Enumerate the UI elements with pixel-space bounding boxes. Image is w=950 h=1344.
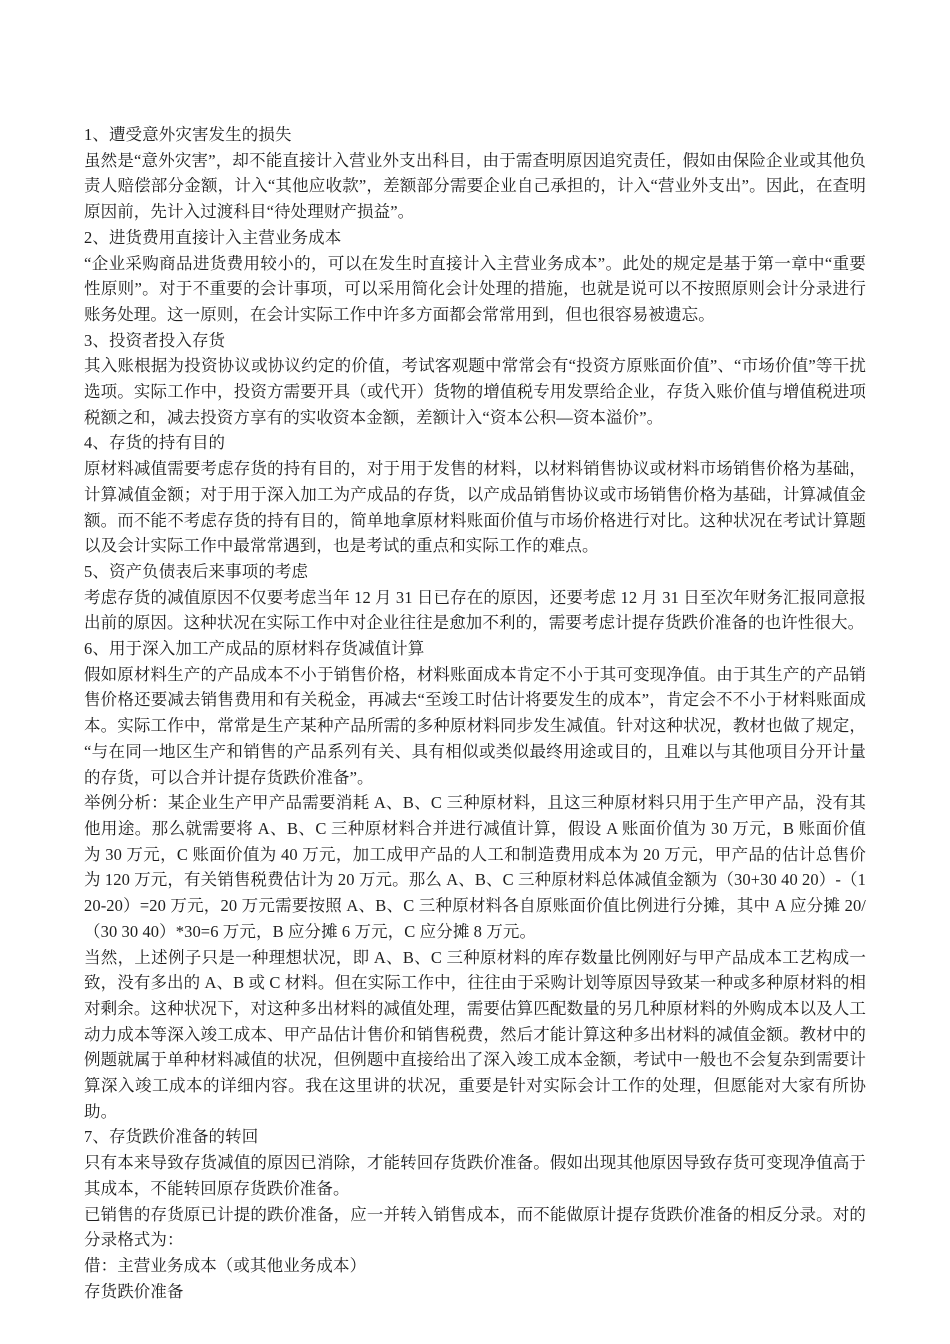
document-page: 1、遭受意外灾害发生的损失虽然是“意外灾害”，却不能直接计入营业外支出科目，由于… <box>0 0 950 1344</box>
paragraph: “企业采购商品进货费用较小的，可以在发生时直接计入主营业务成本”。此处的规定是基… <box>84 251 866 328</box>
paragraph: 原材料减值需要考虑存货的持有目的，对于用于发售的材料，以材料销售协议或材料市场销… <box>84 456 866 559</box>
section-heading: 3、投资者投入存货 <box>84 328 866 354</box>
section-heading: 4、存货的持有目的 <box>84 430 866 456</box>
paragraph: 其入账根据为投资协议或协议约定的价值，考试客观题中常常会有“投资方原账面价值”、… <box>84 353 866 430</box>
paragraph: 存货跌价准备 <box>84 1279 866 1305</box>
paragraph: 虽然是“意外灾害”，却不能直接计入营业外支出科目，由于需查明原因追究责任，假如由… <box>84 148 866 225</box>
paragraph: 借：主营业务成本（或其他业务成本） <box>84 1253 866 1279</box>
section-heading: 2、进货费用直接计入主营业务成本 <box>84 225 866 251</box>
paragraph: 只有本来导致存货减值的原因已消除，才能转回存货跌价准备。假如出现其他原因导致存货… <box>84 1150 866 1201</box>
section-heading: 7、存货跌价准备的转回 <box>84 1124 866 1150</box>
paragraph: 举例分析：某企业生产甲产品需要消耗 A、B、C 三种原材料，且这三种原材料只用于… <box>84 790 866 944</box>
section-heading: 6、用于深入加工产成品的原材料存货减值计算 <box>84 636 866 662</box>
paragraph: 考虑存货的减值原因不仅要考虑当年 12 月 31 日已存在的原因，还要考虑 12… <box>84 585 866 636</box>
paragraph: 当然，上述例子只是一种理想状况，即 A、B、C 三种原材料的库存数量比例刚好与甲… <box>84 945 866 1125</box>
paragraph: 已销售的存货原已计提的跌价准备，应一并转入销售成本，而不能做原计提存货跌价准备的… <box>84 1202 866 1253</box>
section-heading: 1、遭受意外灾害发生的损失 <box>84 122 866 148</box>
section-heading: 5、资产负债表后来事项的考虑 <box>84 559 866 585</box>
paragraph: 假如原材料生产的产品成本不小于销售价格，材料账面成本肯定不小于其可变现净值。由于… <box>84 662 866 791</box>
document-body: 1、遭受意外灾害发生的损失虽然是“意外灾害”，却不能直接计入营业外支出科目，由于… <box>84 122 866 1304</box>
